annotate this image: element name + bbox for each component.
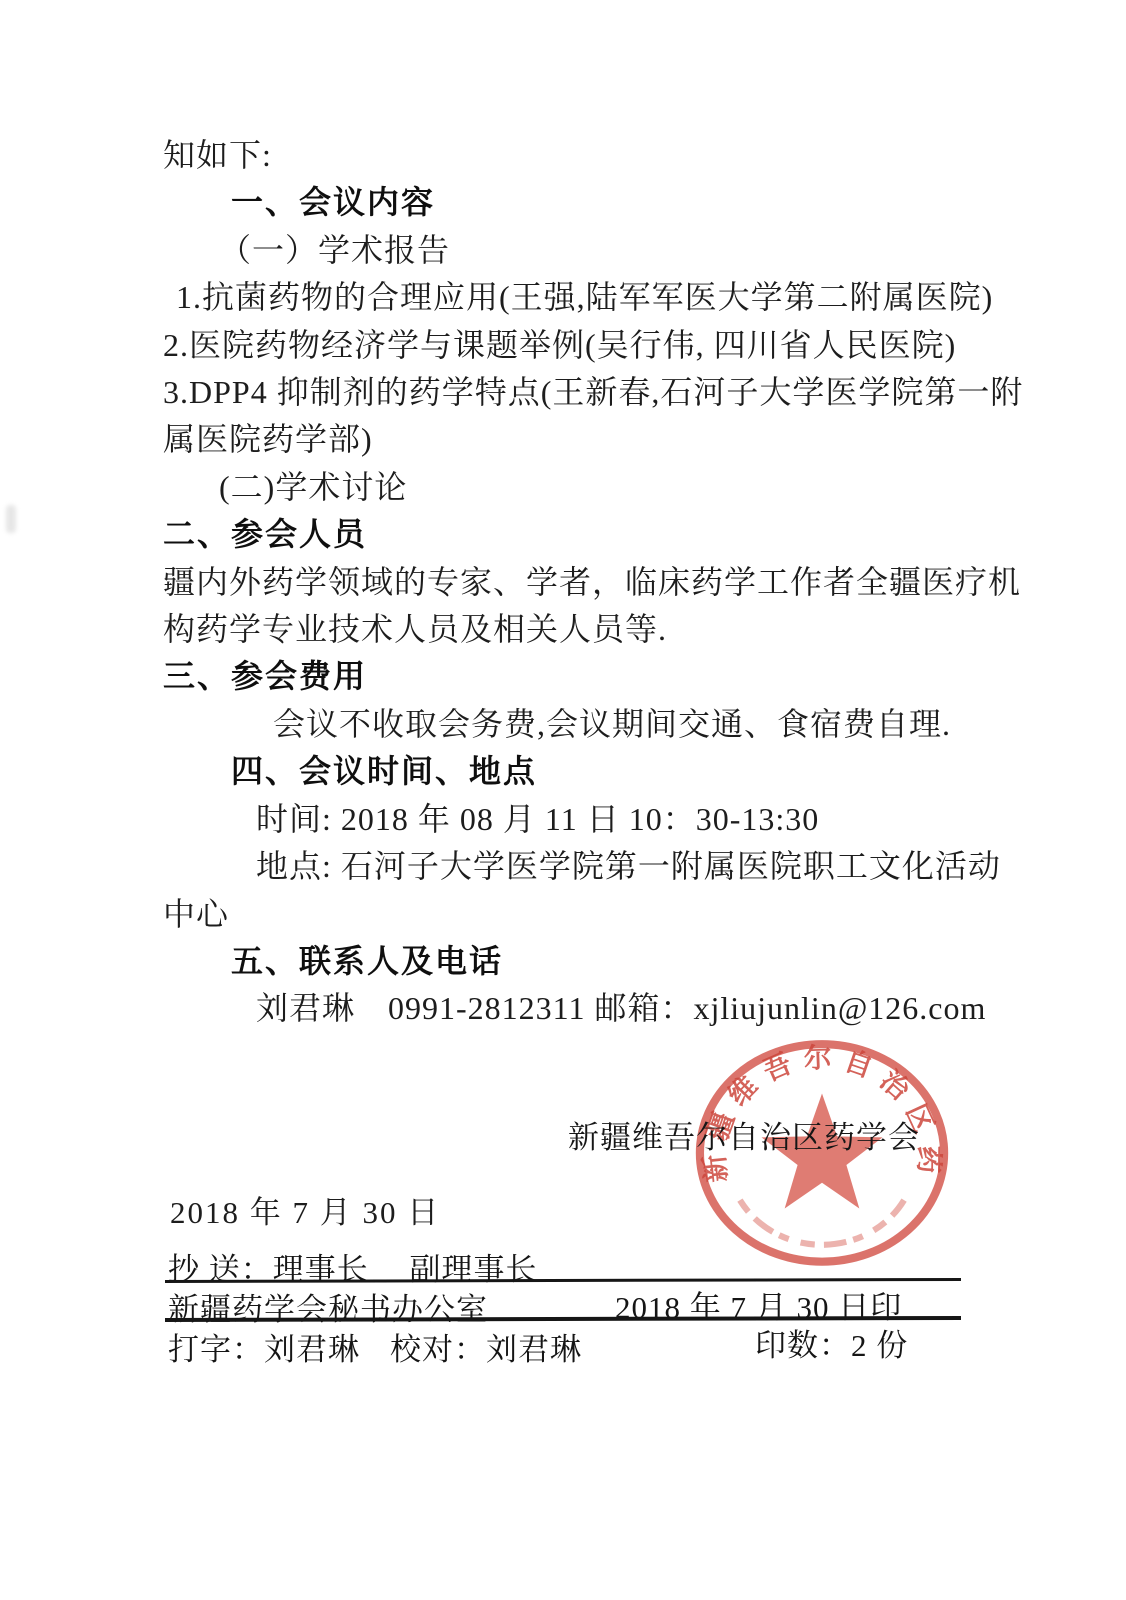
section-heading-5: 五、联系人及电话	[231, 938, 969, 985]
notice-body: 知如下: 一、会议内容 （一）学术报告 1.抗菌药物的合理应用(王强,陆军军医大…	[163, 132, 969, 1033]
subsection-heading: （一）学术报告	[219, 227, 969, 274]
scanned-notice-page: 知如下: 一、会议内容 （一）学术报告 1.抗菌药物的合理应用(王强,陆军军医大…	[0, 0, 1126, 1600]
body-line: 构药学专业技术人员及相关人员等.	[163, 606, 969, 653]
issue-date: 2018 年 7 月 30 日	[170, 1187, 440, 1232]
section-heading-1: 一、会议内容	[231, 179, 969, 226]
contact-line: 刘君琳 0991-2812311 邮箱：xjliujunlin@126.com	[256, 985, 969, 1032]
body-line: 2.医院药物经济学与课题举例(吴行伟, 四川省人民医院)	[163, 322, 969, 369]
meeting-place-line: 地点: 石河子大学医学院第一附属医院职工文化活动	[256, 843, 969, 890]
scan-artifact	[6, 505, 16, 533]
body-line: 3.DPP4 抑制剂的药学特点(王新春,石河子大学医学院第一附	[163, 369, 969, 416]
typist: 打字：刘君琳	[168, 1324, 360, 1369]
print-copies: 印数：2 份	[755, 1320, 908, 1365]
issuing-org-name: 新疆维吾尔自治区药学会	[568, 1112, 920, 1157]
section-heading-4: 四、会议时间、地点	[231, 748, 969, 795]
body-line: 属医院药学部)	[163, 416, 969, 463]
seal-inner-smudge-arc	[740, 1200, 904, 1245]
body-line: 会议不收取会务费,会议期间交通、食宿费自理.	[273, 701, 969, 748]
issuing-office: 新疆药学会秘书办公室	[168, 1284, 488, 1329]
body-line: 知如下:	[163, 132, 969, 179]
body-line: 疆内外药学领域的专家、学者，临床药学工作者全疆医疗机	[163, 559, 969, 606]
proofreader: 校对：刘君琳	[390, 1324, 582, 1369]
section-heading-3: 三、参会费用	[163, 653, 969, 700]
body-line: 中心	[163, 891, 969, 938]
subsection-heading: (二)学术讨论	[219, 464, 969, 511]
body-line: 1.抗菌药物的合理应用(王强,陆军军医大学第二附属医院)	[176, 274, 969, 321]
meeting-time-line: 时间: 2018 年 08 月 11 日 10：30-13:30	[256, 796, 969, 843]
section-heading-2: 二、参会人员	[163, 511, 969, 558]
